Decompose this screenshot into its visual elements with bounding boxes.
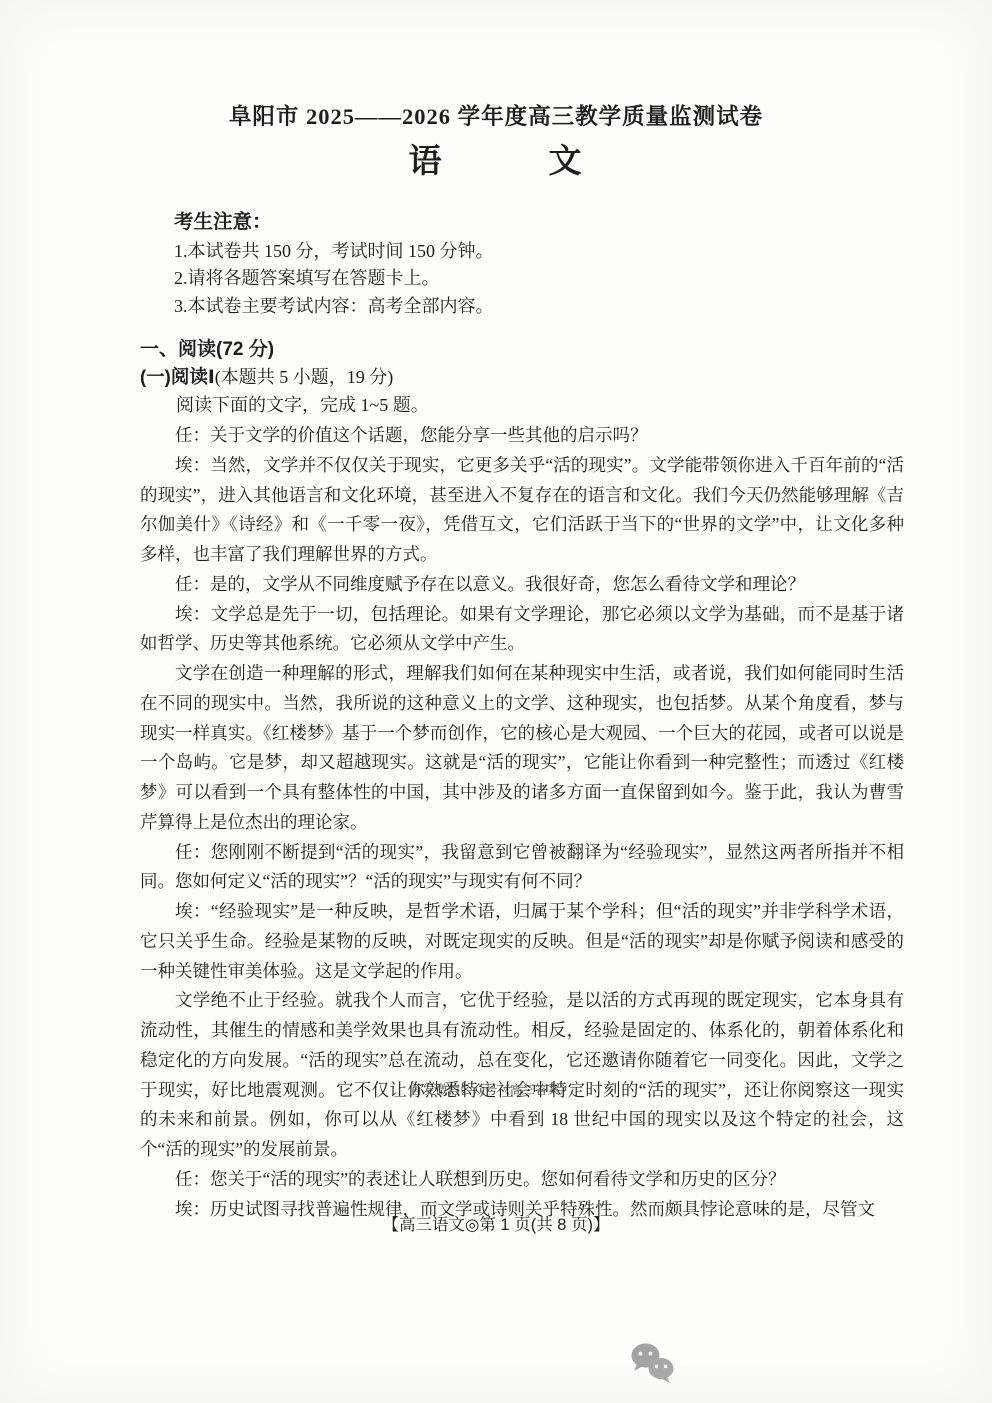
subsection-label: (一)阅读Ⅰ xyxy=(140,366,215,387)
notice-item: 2.请将各题答案填写在答题卡上。 xyxy=(140,265,904,292)
subject-title: 语 文 xyxy=(0,140,992,182)
section-heading-reading: 一、阅读(72 分) xyxy=(140,337,904,363)
subsection-detail: (本题共 5 小题，19 分) xyxy=(215,367,394,387)
passage-instruction: 阅读下面的文字，完成 1~5 题。 xyxy=(140,392,904,420)
exam-title: 阜阳市 2025——2026 学年度高三教学质量监测试卷 xyxy=(0,102,992,132)
passage-paragraph: 任：您关于“活的现实”的表述让人联想到历史。您如何看待文学和历史的区分？ xyxy=(140,1165,904,1195)
passage-paragraph: 埃：“经验现实”是一种反映，是哲学术语，归属于某个学科；但“活的现实”并非学科学… xyxy=(140,897,904,986)
passage-paragraph: 任：是的，文学从不同维度赋予存在以意义。我很好奇，您怎么看待文学和理论？ xyxy=(140,570,904,600)
passage-paragraph: 任：关于文学的价值这个话题，您能分享一些其他的启示吗？ xyxy=(140,421,904,451)
page-content: 考生注意： 1.本试卷共 150 分，考试时间 150 分钟。 2.请将各题答案… xyxy=(0,208,992,1224)
watermark-text: 首发微信公众号《高三答案》 xyxy=(410,1083,573,1097)
passage-paragraph: 文学在创造一种理解的形式，理解我们如何在某种现实中生活，或者说，我们如何能同时生… xyxy=(140,659,904,838)
page-footer: 【高三语文◎第 1 页(共 8 页)】 xyxy=(0,1211,992,1235)
reading-passage: 任：关于文学的价值这个话题，您能分享一些其他的启示吗？ 埃：当然，文学并不仅仅关… xyxy=(140,421,904,1224)
passage-paragraph: 埃：文学总是先于一切，包括理论。如果有文学理论，那它必须以文学为基础，而不是基于… xyxy=(140,600,904,660)
subsection-heading-reading-1: (一)阅读Ⅰ(本题共 5 小题，19 分) xyxy=(140,363,904,392)
page-header: 阜阳市 2025——2026 学年度高三教学质量监测试卷 语 文 xyxy=(0,102,992,182)
notice-item: 1.本试卷共 150 分，考试时间 150 分钟。 xyxy=(140,238,904,265)
notice-item: 3.本试卷主要考试内容：高考全部内容。 xyxy=(140,293,904,320)
candidate-notice: 考生注意： 1.本试卷共 150 分，考试时间 150 分钟。 2.请将各题答案… xyxy=(140,208,904,320)
passage-paragraph: 任：您刚刚不断提到“活的现实”，我留意到它曾被翻译为“经验现实”，显然这两者所指… xyxy=(140,838,904,898)
wechat-icon xyxy=(629,1341,677,1385)
passage-paragraph: 文学绝不止于经验。就我个人而言，它优于经验，是以活的方式再现的既定现实，它本身具… xyxy=(140,986,904,1165)
passage-paragraph: 埃：当然，文学并不仅仅关于现实，它更多关乎“活的现实”。文学能带领你进入千百年前… xyxy=(140,451,904,570)
notice-heading: 考生注意： xyxy=(140,208,904,238)
